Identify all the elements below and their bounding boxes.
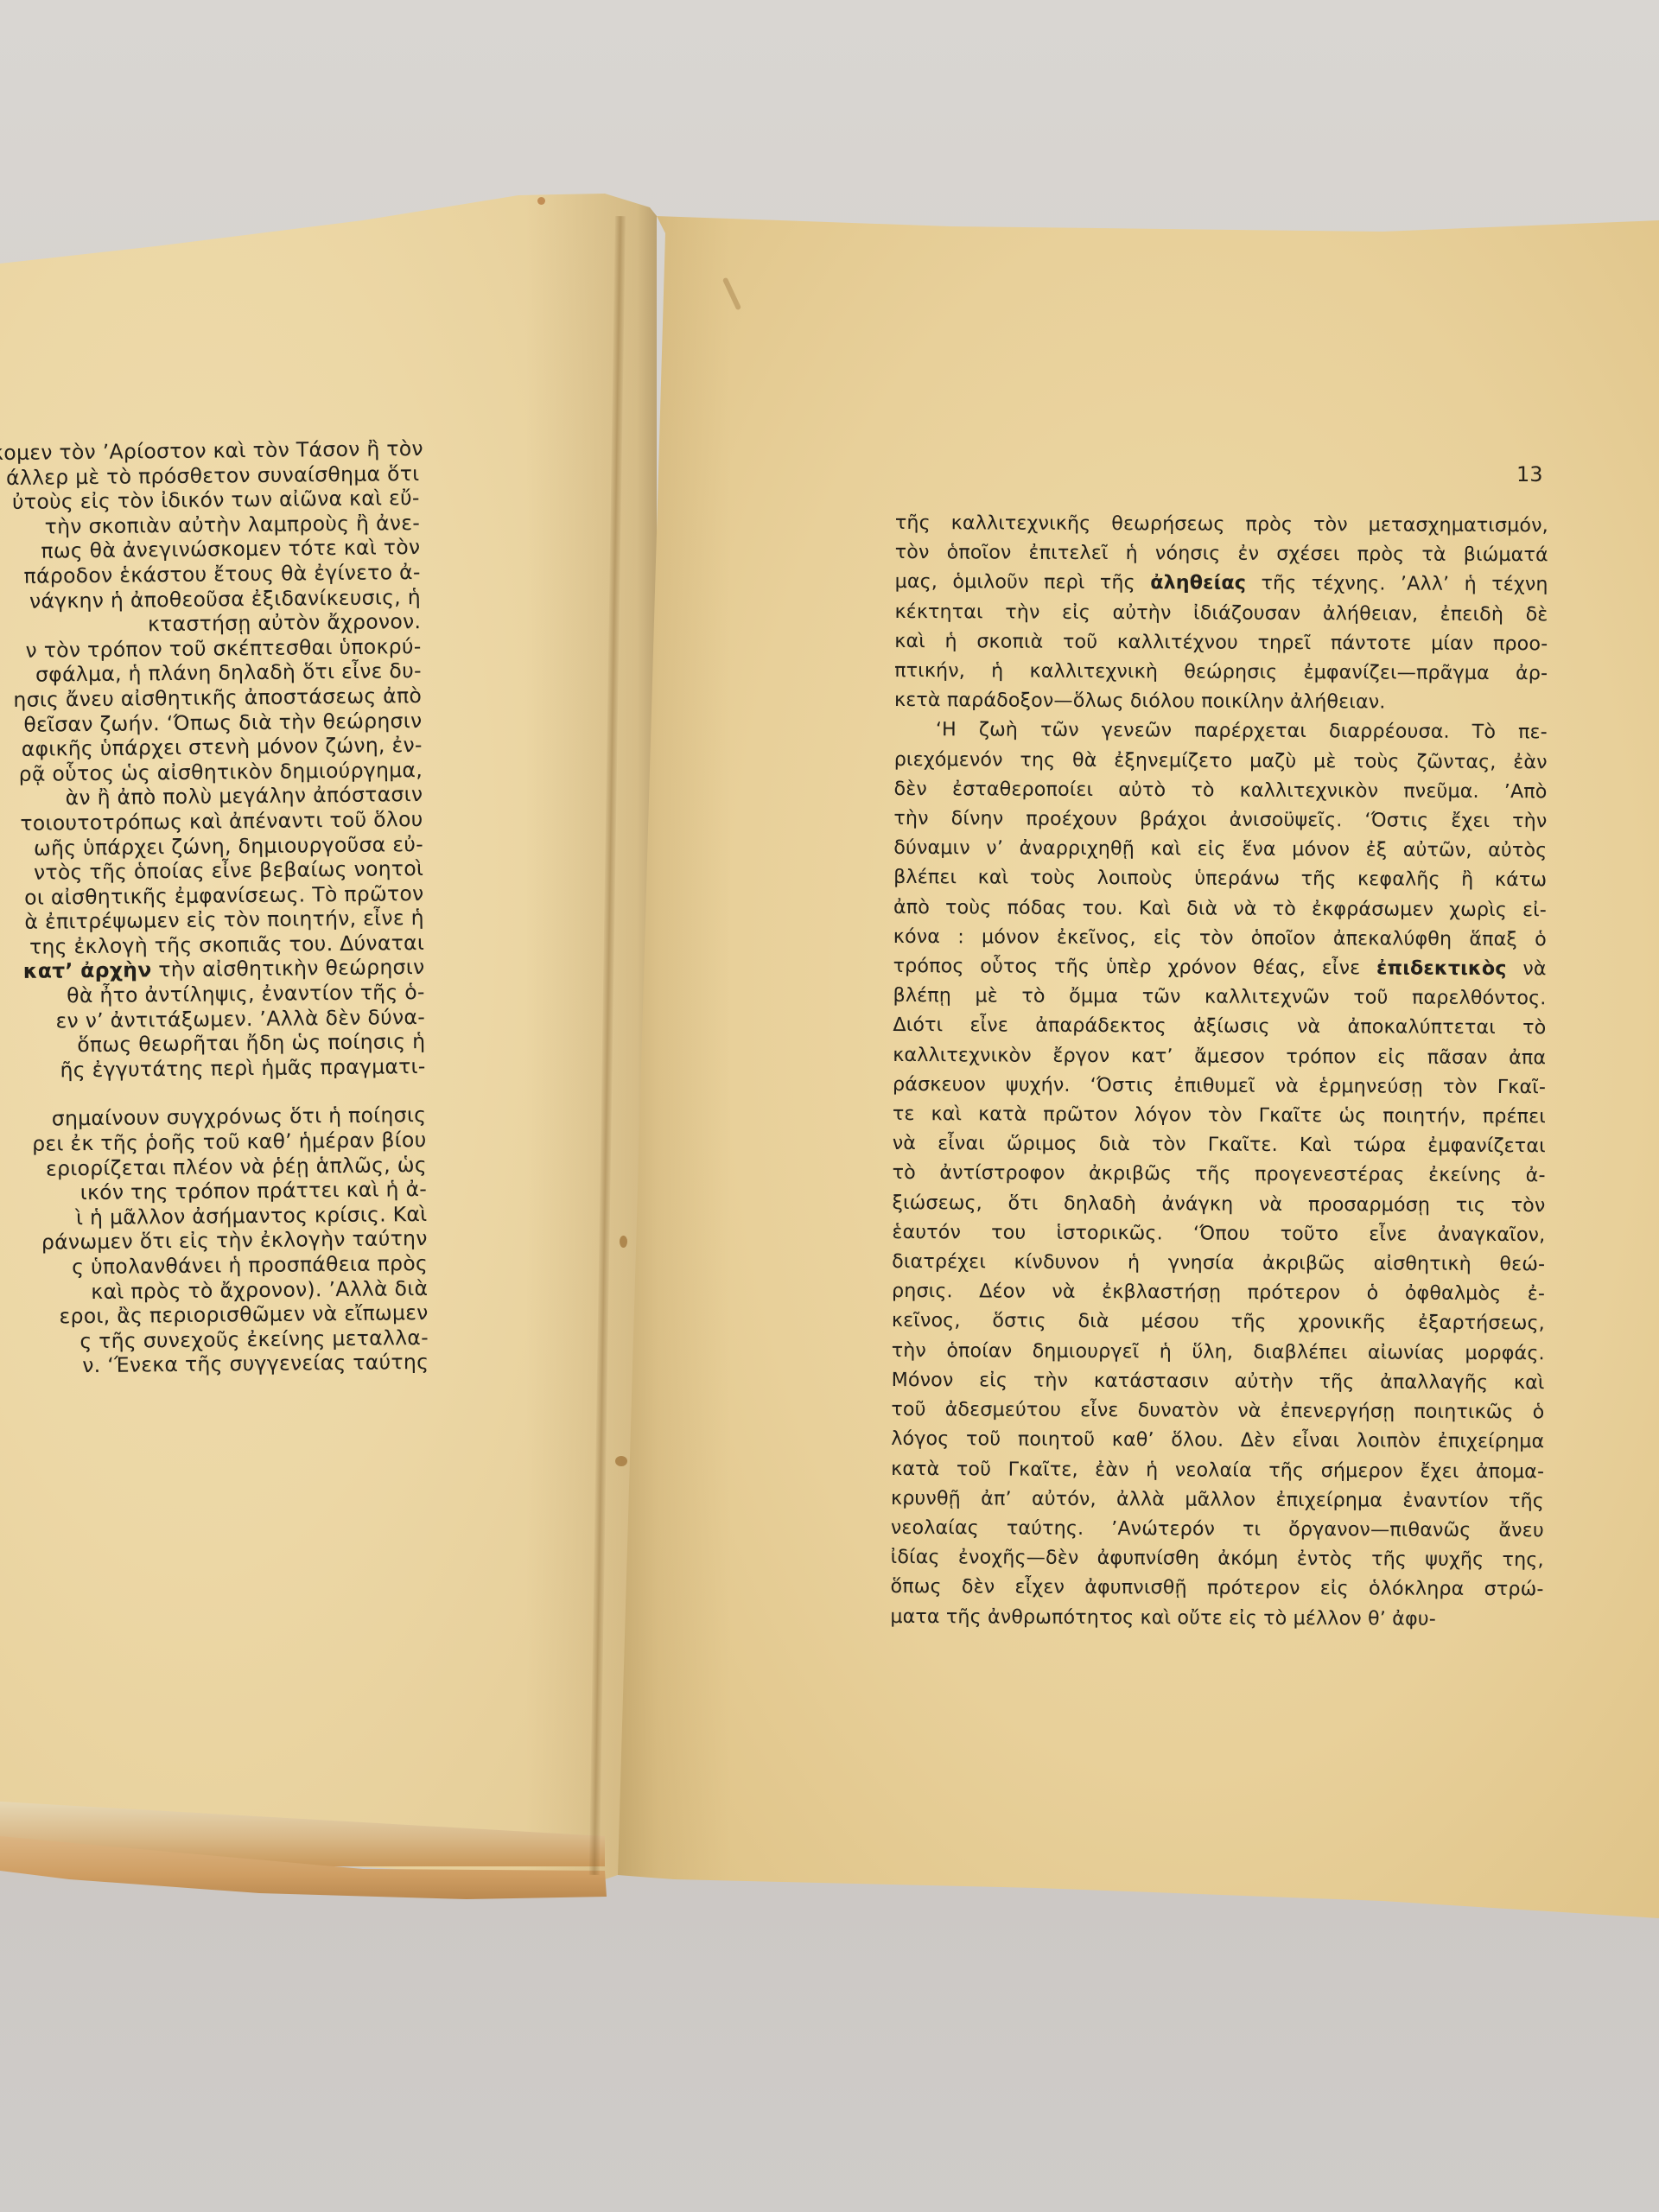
text-line: διατρέχει κίνδυνον ἡ γνησία ἀκριβῶς αἰσθ… bbox=[892, 1247, 1545, 1280]
book-photo: 13 κομεν τὸν ’Αρίοστον καὶ τὸν Τάσον ἢ τ… bbox=[0, 0, 1659, 2212]
text-line: νὰ εἶναι ὥριμος διὰ τὸν Γκαῖτε. Καὶ τώρα… bbox=[893, 1128, 1546, 1161]
text-line: Μόνον εἰς τὴν κατάστασιν αὐτὴν τῆς ἀπαλλ… bbox=[892, 1365, 1545, 1398]
text-line: μας, ὁμιλοῦν περὶ τῆς ἀληθείας τῆς τέχνη… bbox=[895, 567, 1548, 600]
text-span: νὰ bbox=[1507, 957, 1547, 980]
page-number: 13 bbox=[1516, 462, 1543, 486]
text-line: κατὰ τοῦ Γκαῖτε, ἐὰν ἡ νεολαία τῆς σήμερ… bbox=[891, 1453, 1544, 1486]
emphasized-word: κατ’ ἀρχὴν bbox=[23, 958, 152, 984]
text-span: τὴν αἰσθητικὴν θεώρησιν bbox=[151, 955, 424, 982]
text-line: κετὰ παράδοξον—ὅλως διόλου ποικίλην ἀλήθ… bbox=[894, 685, 1548, 718]
text-span: τῆς τέχνης. ’Αλλ’ ἡ τέχνη bbox=[1246, 572, 1548, 596]
text-line: τοιουτοτρόπως καὶ ἀπέναντι τοῦ ὅλου bbox=[0, 807, 423, 836]
text-line: τῆς καλλιτεχνικῆς θεωρήσεως πρὸς τὸν μετ… bbox=[895, 508, 1548, 541]
text-line: ξιώσεως, ὅτι δηλαδὴ ἀνάγκη νὰ προσαρμόσῃ… bbox=[892, 1188, 1545, 1221]
text-line: τὴν δίνην προέχουν βράχοι ἀνισοϋψεῖς. ‘Ό… bbox=[893, 804, 1547, 836]
right-page-text: τῆς καλλιτεχνικῆς θεωρήσεως πρὸς τὸν μετ… bbox=[890, 508, 1548, 1634]
text-span: τρόπος οὗτος τῆς ὑπὲρ χρόνον θέας, εἶνε bbox=[893, 955, 1376, 979]
text-line: νεολαίας ταύτης. ’Ανώτερόν τι ὄργανον—πι… bbox=[891, 1513, 1544, 1546]
text-line: ματα τῆς ἀνθρωπότητος καὶ οὔτε εἰς τὸ μέ… bbox=[890, 1602, 1543, 1635]
text-line: ῆς ἐγγυτάτης περὶ ἡμᾶς πραγματι- bbox=[0, 1054, 426, 1084]
text-line: κρυνθῇ ἀπ’ αὐτόν, ἀλλὰ μᾶλλον ἐπιχείρημα… bbox=[891, 1484, 1544, 1516]
text-line: Διότι εἶνε ἀπαράδεκτος ἀξίωσις νὰ ἀποκαλ… bbox=[893, 1010, 1546, 1043]
text-line: κέκτηται τὴν εἰς αὐτὴν ἰδιάζουσαν ἀλήθει… bbox=[894, 597, 1548, 630]
text-line: ὅπως δὲν εἶχεν ἀφυπνισθῇ πρότερον εἰς ὁλ… bbox=[890, 1572, 1543, 1605]
text-line: δύναμιν ν’ ἀναρριχηθῇ καὶ εἰς ἕνα μόνον … bbox=[893, 833, 1547, 866]
text-line: ριεχόμενόν της θὰ ἐξηνεμίζετο μαζὺ μὲ το… bbox=[894, 745, 1548, 778]
emphasized-word: ἐπιδεκτικὸς bbox=[1376, 957, 1507, 980]
text-line: κεῖνος, ὅστις διὰ μέσου τῆς χρονικῆς ἐξα… bbox=[892, 1306, 1545, 1338]
text-line: πτικήν, ἡ καλλιτεχνικὴ θεώρησις ἐμφανίζε… bbox=[894, 656, 1548, 689]
text-line: κόνα : μόνον ἐκεῖνος, εἰς τὸν ὁποῖον ἀπε… bbox=[893, 922, 1547, 955]
text-line: δὲν ἐσταθεροποίει αὐτὸ τὸ καλλιτεχνικὸν … bbox=[894, 774, 1548, 807]
text-line: ἑαυτόν του ἱστορικῶς. ‘Όπου τοῦτο εἶνε ἀ… bbox=[892, 1217, 1545, 1250]
text-line: ἰδίας ἐνοχῆς—δὲν ἀφυπνίσθη ἀκόμη ἐντὸς τ… bbox=[891, 1542, 1544, 1575]
text-span: μας, ὁμιλοῦν περὶ τῆς bbox=[895, 570, 1151, 594]
text-line: ρησις. Δέον νὰ ἐκβλαστήσῃ πρότερον ὁ ὀφθ… bbox=[892, 1276, 1545, 1309]
text-line: τρόπος οὗτος τῆς ὑπὲρ χρόνον θέας, εἶνε … bbox=[893, 951, 1547, 984]
foxing-spot bbox=[537, 197, 545, 205]
text-line: ράσκευον ψυχήν. ‘Όστις ἐπιθυμεῖ νὰ ἑρμην… bbox=[893, 1070, 1546, 1103]
text-line: ησις ἄνευ αἰσθητικῆς ἀποστάσεως ἀπὸ bbox=[0, 683, 422, 713]
foxing-spot bbox=[620, 1236, 627, 1248]
text-line: καλλιτεχνικὸν ἔργον κατ’ ἄμεσον τρόπον ε… bbox=[893, 1040, 1546, 1073]
text-line: ν. ‘Ένεκα τῆς συγγενείας ταύτης bbox=[1, 1350, 429, 1379]
left-page-text: κομεν τὸν ’Αρίοστον καὶ τὸν Τάσον ἢ τὸνά… bbox=[0, 436, 429, 1379]
text-line: βλέπει καὶ τοὺς λοιποὺς ὑπεράνω τῆς κεφα… bbox=[893, 862, 1547, 895]
text-line: τὸ ἀντίστροφον ἀκριβῶς τῆς προγενεστέρας… bbox=[893, 1158, 1546, 1191]
text-line: τὸν ὁποῖον ἐπιτελεῖ ἡ νόησις ἐν σχέσει π… bbox=[895, 537, 1548, 570]
text-line: τοῦ ἀδεσμεύτου εἶνε δυνατὸν νὰ ἐπενεργήσ… bbox=[891, 1395, 1544, 1427]
text-line: τε καὶ κατὰ πρῶτον λόγον τὸν Γκαῖτε ὡς π… bbox=[893, 1099, 1546, 1132]
foxing-spot bbox=[615, 1456, 627, 1466]
text-line: ἀπὸ τοὺς πόδας του. Καὶ διὰ νὰ τὸ ἐκφράσ… bbox=[893, 893, 1547, 925]
text-line: τὴν ὁποίαν δημιουργεῖ ἡ ὕλη, διαβλέπει α… bbox=[892, 1336, 1545, 1369]
text-line: λόγος τοῦ ποιητοῦ καθ’ ὅλου. Δὲν εἶναι λ… bbox=[891, 1424, 1544, 1457]
text-line: ς ὑπολανθάνει ἡ προσπάθεια πρὸς bbox=[0, 1251, 428, 1281]
emphasized-word: ἀληθείας bbox=[1150, 572, 1246, 594]
text-line: πάροδον ἑκάστου ἔτους θὰ ἐγίνετο ἀ- bbox=[0, 560, 421, 589]
text-line: ‘Η ζωὴ τῶν γενεῶν παρέρχεται διαρρέουσα.… bbox=[894, 715, 1548, 747]
text-line: βλέπῃ μὲ τὸ ὄμμα τῶν καλλιτεχνῶν τοῦ παρ… bbox=[893, 981, 1546, 1014]
text-line: ρει ἐκ τῆς ῥοῆς τοῦ καθ’ ἡμέραν βίου bbox=[0, 1128, 427, 1157]
text-line: καὶ ἡ σκοπιὰ τοῦ καλλιτέχνου τηρεῖ πάντο… bbox=[894, 626, 1548, 659]
text-line: κομεν τὸν ’Αρίοστον καὶ τὸν Τάσον ἢ τὸν bbox=[0, 436, 419, 466]
